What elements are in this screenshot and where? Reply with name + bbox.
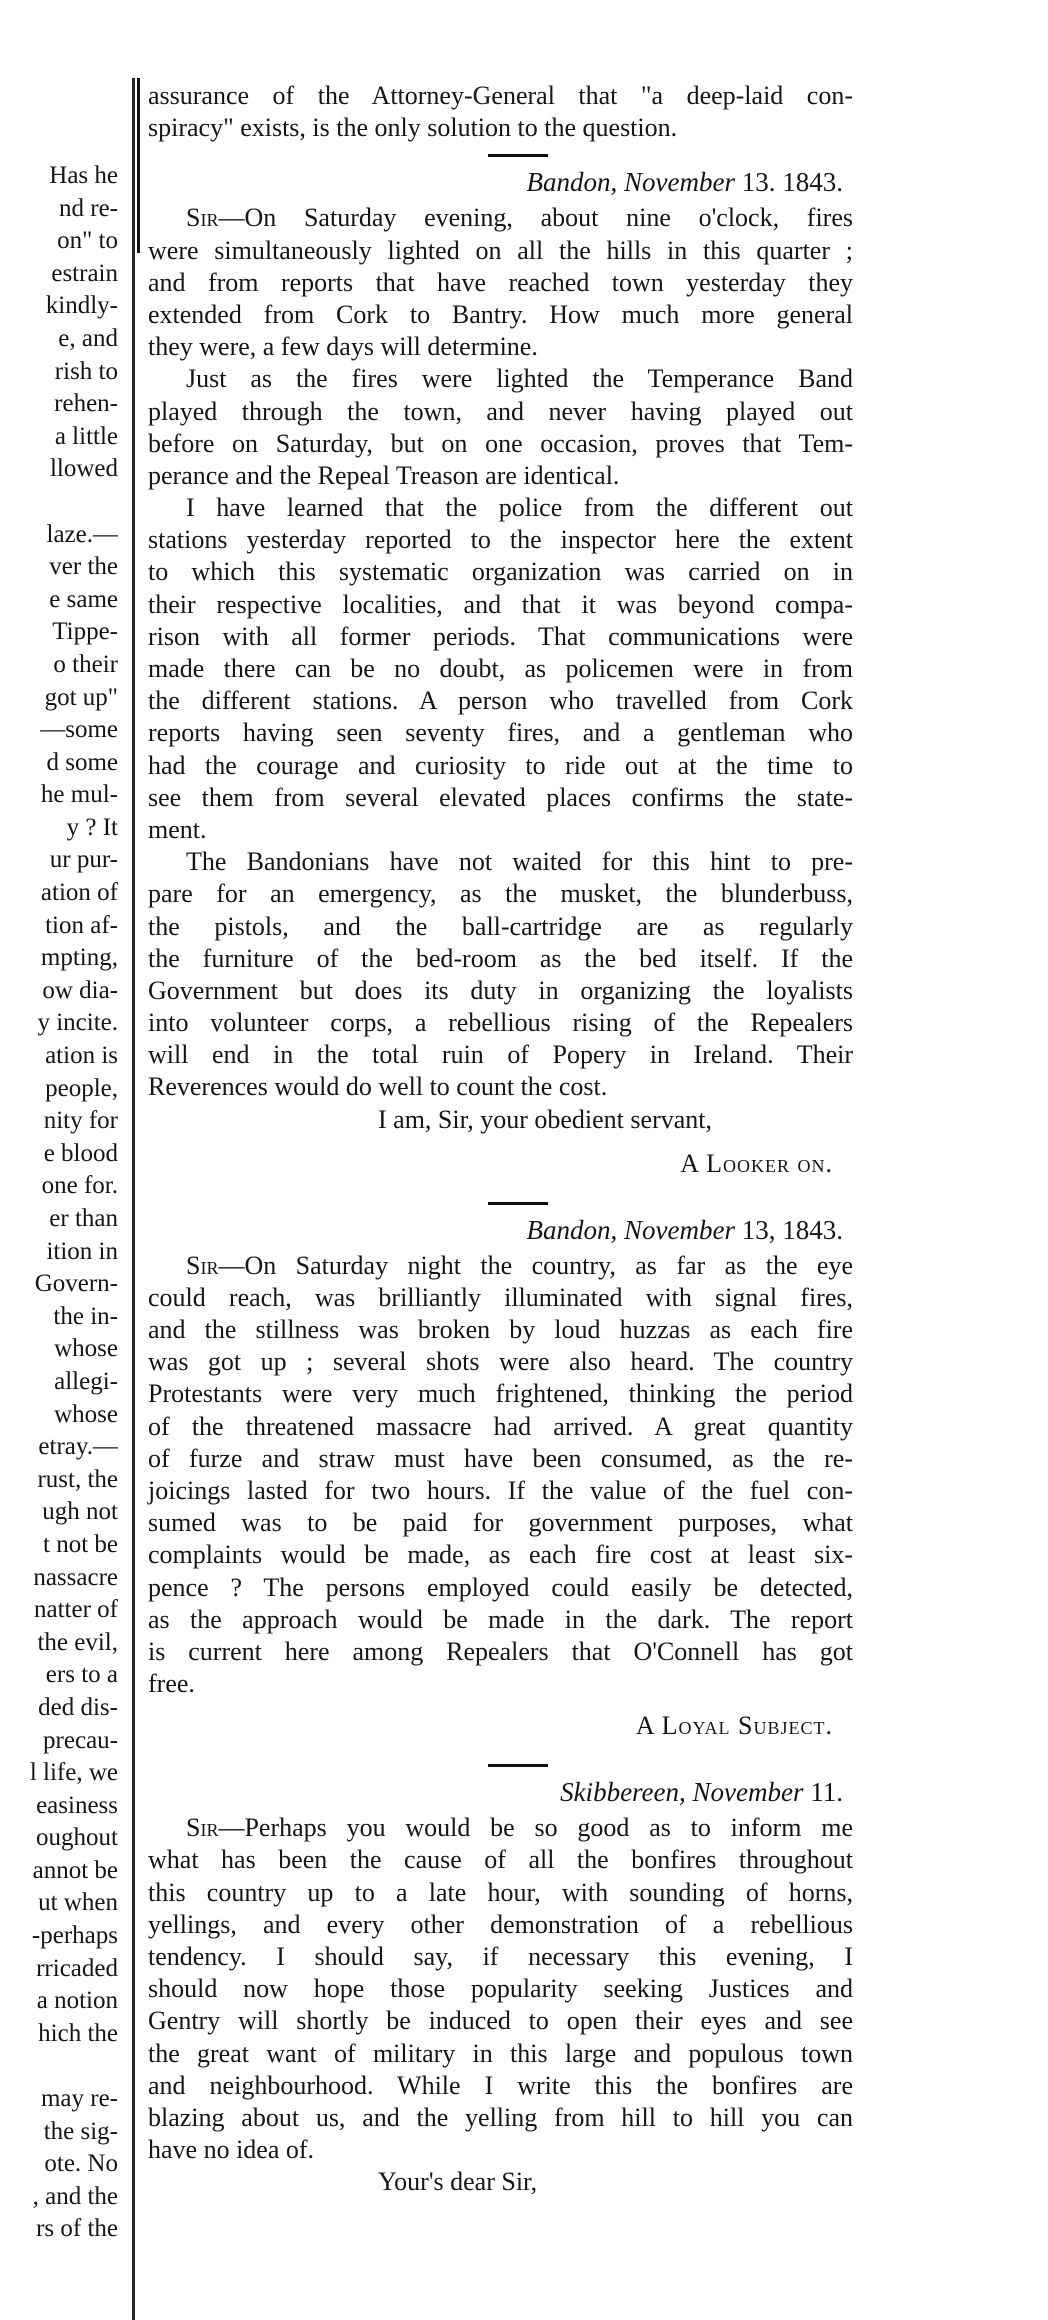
dateline-month: November	[693, 1777, 804, 1807]
left-column-line: , and the	[0, 2181, 118, 2214]
letter-signature: A Loyal Subject.	[148, 1710, 853, 1754]
letter-1: Bandon, November 13. 1843. Sir—On Saturd…	[148, 166, 853, 1191]
dateline-place: Bandon,	[527, 167, 618, 197]
dateline-month: November	[624, 1215, 735, 1245]
left-column-line: ote. No	[0, 2148, 118, 2181]
paragraph-line: and neighbourhood. While I write this th…	[148, 2070, 853, 2102]
paragraph-line: complaints would be made, as each fire c…	[148, 1539, 853, 1571]
paragraph-line: this country up to a late hour, with sou…	[148, 1877, 853, 1909]
left-column-line: the evil,	[0, 1627, 118, 1660]
left-column-line: the in-	[0, 1301, 118, 1334]
left-column-line: -perhaps	[0, 1920, 118, 1953]
paragraph-line: free.	[148, 1668, 853, 1700]
left-column-line: e same	[0, 584, 118, 617]
paragraph-line: as the approach would be made in the dar…	[148, 1604, 853, 1636]
left-column-line: t not be	[0, 1529, 118, 1562]
salutation: Sir	[186, 1251, 218, 1280]
paragraph-line: made there can be no doubt, as policemen…	[148, 653, 853, 685]
main-column: assurance of the Attorney-General that "…	[148, 80, 853, 2210]
letter-dateline: Skibbereen, November 11.	[148, 1776, 853, 1812]
left-column-line: he mul-	[0, 779, 118, 812]
paragraph-line: yellings, and every other demonstration …	[148, 1909, 853, 1941]
paragraph-line: what has been the cause of all the bonfi…	[148, 1844, 853, 1876]
paragraph-line: Protestants were very much frightened, t…	[148, 1378, 853, 1410]
left-column-line: whose	[0, 1333, 118, 1366]
left-column-line: ut when	[0, 1887, 118, 1920]
column-divider-rule-top	[137, 78, 140, 253]
paragraph-line: I have learned that the police from the …	[148, 492, 853, 524]
left-column-line: rish to	[0, 356, 118, 389]
left-column-line: ow dia-	[0, 975, 118, 1008]
left-column-line: one for.	[0, 1170, 118, 1203]
dateline-date: 11.	[810, 1777, 843, 1807]
left-column-line: a little	[0, 421, 118, 454]
left-column-line: Govern-	[0, 1268, 118, 1301]
paragraph-line: Government but does its duty in organizi…	[148, 975, 853, 1007]
letter-closing: I am, Sir, your obedient servant,	[148, 1104, 853, 1148]
paragraph-line: to which this systematic organization wa…	[148, 556, 853, 588]
left-column-line: laze.—	[0, 519, 118, 552]
left-column-line: e blood	[0, 1138, 118, 1171]
paragraph-line: the great want of military in this large…	[148, 2038, 853, 2070]
salutation: Sir	[186, 1813, 218, 1842]
paragraph-line: The Bandonians have not waited for this …	[148, 846, 853, 878]
paragraph-line: the different stations. A person who tra…	[148, 685, 853, 717]
section-rule	[148, 1754, 853, 1776]
left-column-line: ugh not	[0, 1496, 118, 1529]
left-column-line: rehen-	[0, 388, 118, 421]
salutation: Sir	[186, 203, 218, 232]
left-column-line: tion af-	[0, 910, 118, 943]
left-column-line: ation of	[0, 877, 118, 910]
paragraph-line: Sir—Perhaps you would be so good as to i…	[148, 1812, 853, 1844]
paragraph-line: of the threatened massacre had arrived. …	[148, 1411, 853, 1443]
left-column-line: ur pur-	[0, 844, 118, 877]
paragraph-line: they were, a few days will determine.	[148, 331, 853, 363]
paragraph-line: have no idea of.	[148, 2134, 853, 2166]
dateline-month: November	[624, 167, 735, 197]
left-column-line: hich the	[0, 2018, 118, 2051]
left-column-line: easiness	[0, 1790, 118, 1823]
left-column-line: a notion	[0, 1985, 118, 2018]
dateline-place: Skibbereen,	[560, 1777, 686, 1807]
letter-2: Bandon, November 13, 1843. Sir—On Saturd…	[148, 1214, 853, 1755]
left-column-line: y ? It	[0, 812, 118, 845]
paragraph-line: reports having seen seventy fires, and a…	[148, 717, 853, 749]
paragraph-line: of furze and straw must have been consum…	[148, 1443, 853, 1475]
paragraph-line: Gentry will shortly be induced to open t…	[148, 2005, 853, 2037]
paragraph-line: extended from Cork to Bantry. How much m…	[148, 299, 853, 331]
paragraph-line: could reach, was brilliantly illuminated…	[148, 1282, 853, 1314]
left-column-line: people,	[0, 1073, 118, 1106]
dateline-date: 13, 1843.	[742, 1215, 843, 1245]
paragraph-line: the furniture of the bed-room as the bed…	[148, 943, 853, 975]
paragraph-line: ment.	[148, 814, 853, 846]
dateline-date: 13. 1843.	[742, 167, 843, 197]
paragraph-line: Reverences would do well to count the co…	[148, 1071, 853, 1103]
left-column-line: mpting,	[0, 942, 118, 975]
left-column-line: ded dis-	[0, 1692, 118, 1725]
left-column-line: ers to a	[0, 1659, 118, 1692]
left-column-line: rricaded	[0, 1953, 118, 1986]
paragraph-line: stations yesterday reported to the inspe…	[148, 524, 853, 556]
left-column-line: estrain	[0, 258, 118, 291]
paragraph-line: before on Saturday, but on one occasion,…	[148, 428, 853, 460]
line-text: —On Saturday night the country, as far a…	[218, 1251, 853, 1280]
column-divider-rule	[132, 78, 135, 2320]
left-column-line: got up"	[0, 682, 118, 715]
left-column-line: the sig-	[0, 2116, 118, 2149]
opening-line: assurance of the Attorney-General that "…	[148, 80, 853, 112]
paragraph-line: will end in the total ruin of Popery in …	[148, 1039, 853, 1071]
left-column-line: nassacre	[0, 1562, 118, 1595]
letter-closing: Your's dear Sir,	[148, 2166, 853, 2210]
letter-signature: A Looker on.	[148, 1148, 853, 1192]
left-column-line: precau-	[0, 1725, 118, 1758]
left-column-line: d some	[0, 747, 118, 780]
paragraph-line: see them from several elevated places co…	[148, 782, 853, 814]
left-column-line: —some	[0, 714, 118, 747]
dateline-place: Bandon,	[527, 1215, 618, 1245]
paragraph-line: and from reports that have reached town …	[148, 267, 853, 299]
left-column-line: nity for	[0, 1105, 118, 1138]
left-column-line: allegi-	[0, 1366, 118, 1399]
paragraph-line: Sir—On Saturday evening, about nine o'cl…	[148, 202, 853, 234]
left-column-line: ver the	[0, 551, 118, 584]
left-column-line: oughout	[0, 1822, 118, 1855]
left-column-line: rust, the	[0, 1464, 118, 1497]
section-rule	[148, 1192, 853, 1214]
paragraph-line: pare for an emergency, as the musket, th…	[148, 878, 853, 910]
paragraph-line: perance and the Repeal Treason are ident…	[148, 460, 853, 492]
letter-3: Skibbereen, November 11. Sir—Perhaps you…	[148, 1776, 853, 2210]
letter-dateline: Bandon, November 13, 1843.	[148, 1214, 853, 1250]
paragraph-line: blazing about us, and the yelling from h…	[148, 2102, 853, 2134]
left-column-line: kindly-	[0, 290, 118, 323]
paragraph-line: and the stillness was broken by loud huz…	[148, 1314, 853, 1346]
paragraph-line: pence ? The persons employed could easil…	[148, 1572, 853, 1604]
left-column-line: nd re-	[0, 193, 118, 226]
paragraph-line: the pistols, and the ball-cartridge are …	[148, 911, 853, 943]
left-column-line: ition in	[0, 1236, 118, 1269]
paragraph-line: Sir—On Saturday night the country, as fa…	[148, 1250, 853, 1282]
left-column-line: e, and	[0, 323, 118, 356]
left-column-line: Tippe-	[0, 616, 118, 649]
left-column-line: llowed	[0, 453, 118, 486]
opening-line: spiracy" exists, is the only solution to…	[148, 112, 853, 144]
left-column-line: er than	[0, 1203, 118, 1236]
paragraph-line: Just as the fires were lighted the Tempe…	[148, 363, 853, 395]
paragraph-line: sumed was to be paid for government purp…	[148, 1507, 853, 1539]
left-column-line	[0, 2050, 118, 2083]
line-text: —Perhaps you would be so good as to info…	[218, 1813, 853, 1842]
line-text: —On Saturday evening, about nine o'clock…	[218, 203, 853, 232]
left-column-line: whose	[0, 1399, 118, 1432]
left-column-line: y incite.	[0, 1007, 118, 1040]
left-column-line: l life, we	[0, 1757, 118, 1790]
left-column-line	[0, 486, 118, 519]
paragraph-line: into volunteer corps, a rebellious risin…	[148, 1007, 853, 1039]
paragraph-line: was got up ; several shots were also hea…	[148, 1346, 853, 1378]
left-column-line: Has he	[0, 160, 118, 193]
paragraph-line: should now hope those popularity seeking…	[148, 1973, 853, 2005]
left-column-line: o their	[0, 649, 118, 682]
left-column-line: natter of	[0, 1594, 118, 1627]
paragraph-line: were simultaneously lighted on all the h…	[148, 235, 853, 267]
paragraph-line: tendency. I should say, if necessary thi…	[148, 1941, 853, 1973]
left-column-line: rs of the	[0, 2213, 118, 2246]
paragraph-line: is current here among Repealers that O'C…	[148, 1636, 853, 1668]
paragraph-line: their respective localities, and that it…	[148, 589, 853, 621]
left-column-line: etray.—	[0, 1431, 118, 1464]
left-column-line: annot be	[0, 1855, 118, 1888]
left-column-line: ation is	[0, 1040, 118, 1073]
paragraph-line: had the courage and curiosity to ride ou…	[148, 750, 853, 782]
left-column-text: Has hend re-on" toestrainkindly-e, andri…	[0, 160, 118, 2246]
paragraph-line: rison with all former periods. That comm…	[148, 621, 853, 653]
paragraph-line: played through the town, and never havin…	[148, 396, 853, 428]
left-column-line: on" to	[0, 225, 118, 258]
paragraph-line: joicings lasted for two hours. If the va…	[148, 1475, 853, 1507]
letter-dateline: Bandon, November 13. 1843.	[148, 166, 853, 202]
left-column-line: may re-	[0, 2083, 118, 2116]
section-rule	[148, 144, 853, 166]
